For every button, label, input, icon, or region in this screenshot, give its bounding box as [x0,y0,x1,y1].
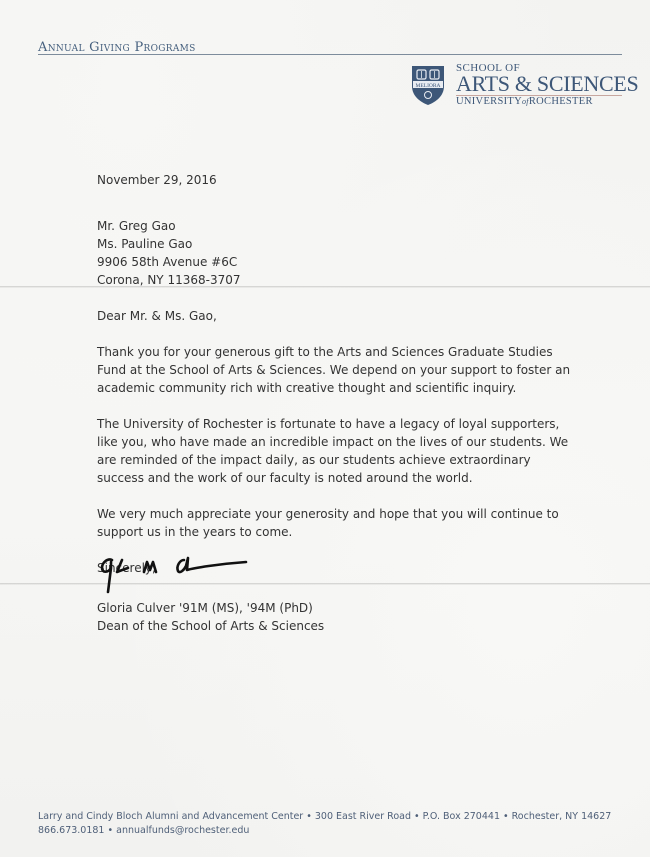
address-line: 9906 58th Avenue #6C [97,253,577,271]
footer-address: Larry and Cindy Bloch Alumni and Advance… [38,810,611,824]
signer-name: Gloria Culver '91M (MS), '94M (PhD) [97,599,324,617]
letter-date: November 29, 2016 [97,171,577,189]
logo-wordmark: SCHOOL OF ARTS & SCIENCES UNIVERSITYofRO… [456,63,638,108]
body-paragraph: The University of Rochester is fortunate… [97,415,577,487]
letter-body: November 29, 2016 Mr. Greg Gao Ms. Pauli… [97,171,577,577]
footer-phone-email: 866.673.0181 • annualfunds@rochester.edu [38,824,611,838]
address-line: Mr. Greg Gao [97,217,577,235]
svg-text:MELIORA: MELIORA [415,83,440,89]
recipient-address: Mr. Greg Gao Ms. Pauline Gao 9906 58th A… [97,217,577,289]
signer-title: Dean of the School of Arts & Sciences [97,617,324,635]
signer-block: Gloria Culver '91M (MS), '94M (PhD) Dean… [97,599,324,635]
address-line: Ms. Pauline Gao [97,235,577,253]
address-line: Corona, NY 11368-3707 [97,271,577,289]
header-divider [38,54,622,55]
handwritten-signature [98,548,258,596]
department-title: Annual Giving Programs [38,40,196,55]
body-paragraph: Thank you for your generous gift to the … [97,343,577,397]
logo-university: UNIVERSITYofROCHESTER [456,96,638,108]
body-paragraph: We very much appreciate your generosity … [97,505,577,541]
school-logo: MELIORA SCHOOL OF ARTS & SCIENCES UNIVER… [410,63,635,113]
logo-arts-sciences: ARTS & SCIENCES [456,74,638,94]
footer-contact: Larry and Cindy Bloch Alumni and Advance… [38,810,611,838]
letter-page: Annual Giving Programs MELIORA SCHOOL OF… [0,0,650,857]
university-shield-icon: MELIORA [410,64,446,106]
salutation: Dear Mr. & Ms. Gao, [97,307,577,325]
